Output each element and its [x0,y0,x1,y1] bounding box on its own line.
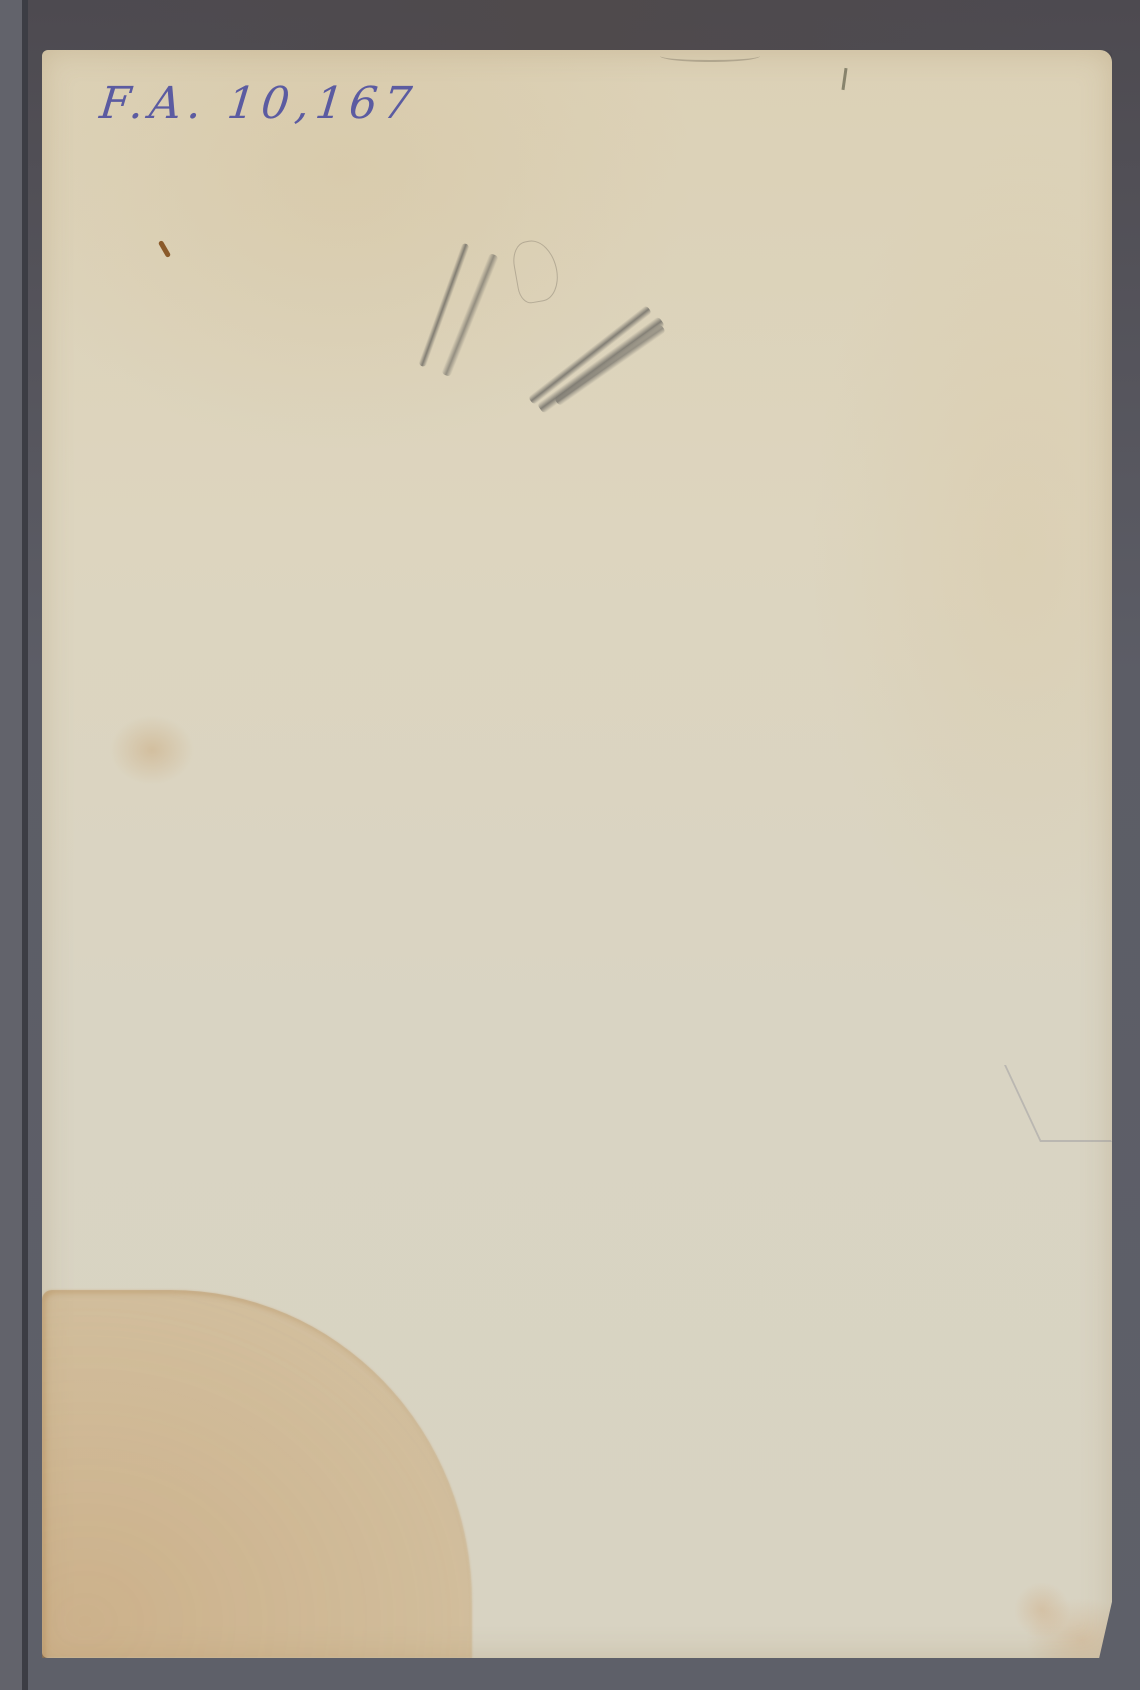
paper-sheet [42,50,1112,1658]
top-edge-tear [660,50,760,62]
catalog-number-inscription: F.A. 10,167 [97,78,420,129]
mount-edge-line [22,0,28,1690]
water-stain-edge [42,1290,472,1658]
mount-left-strip [0,0,22,1690]
